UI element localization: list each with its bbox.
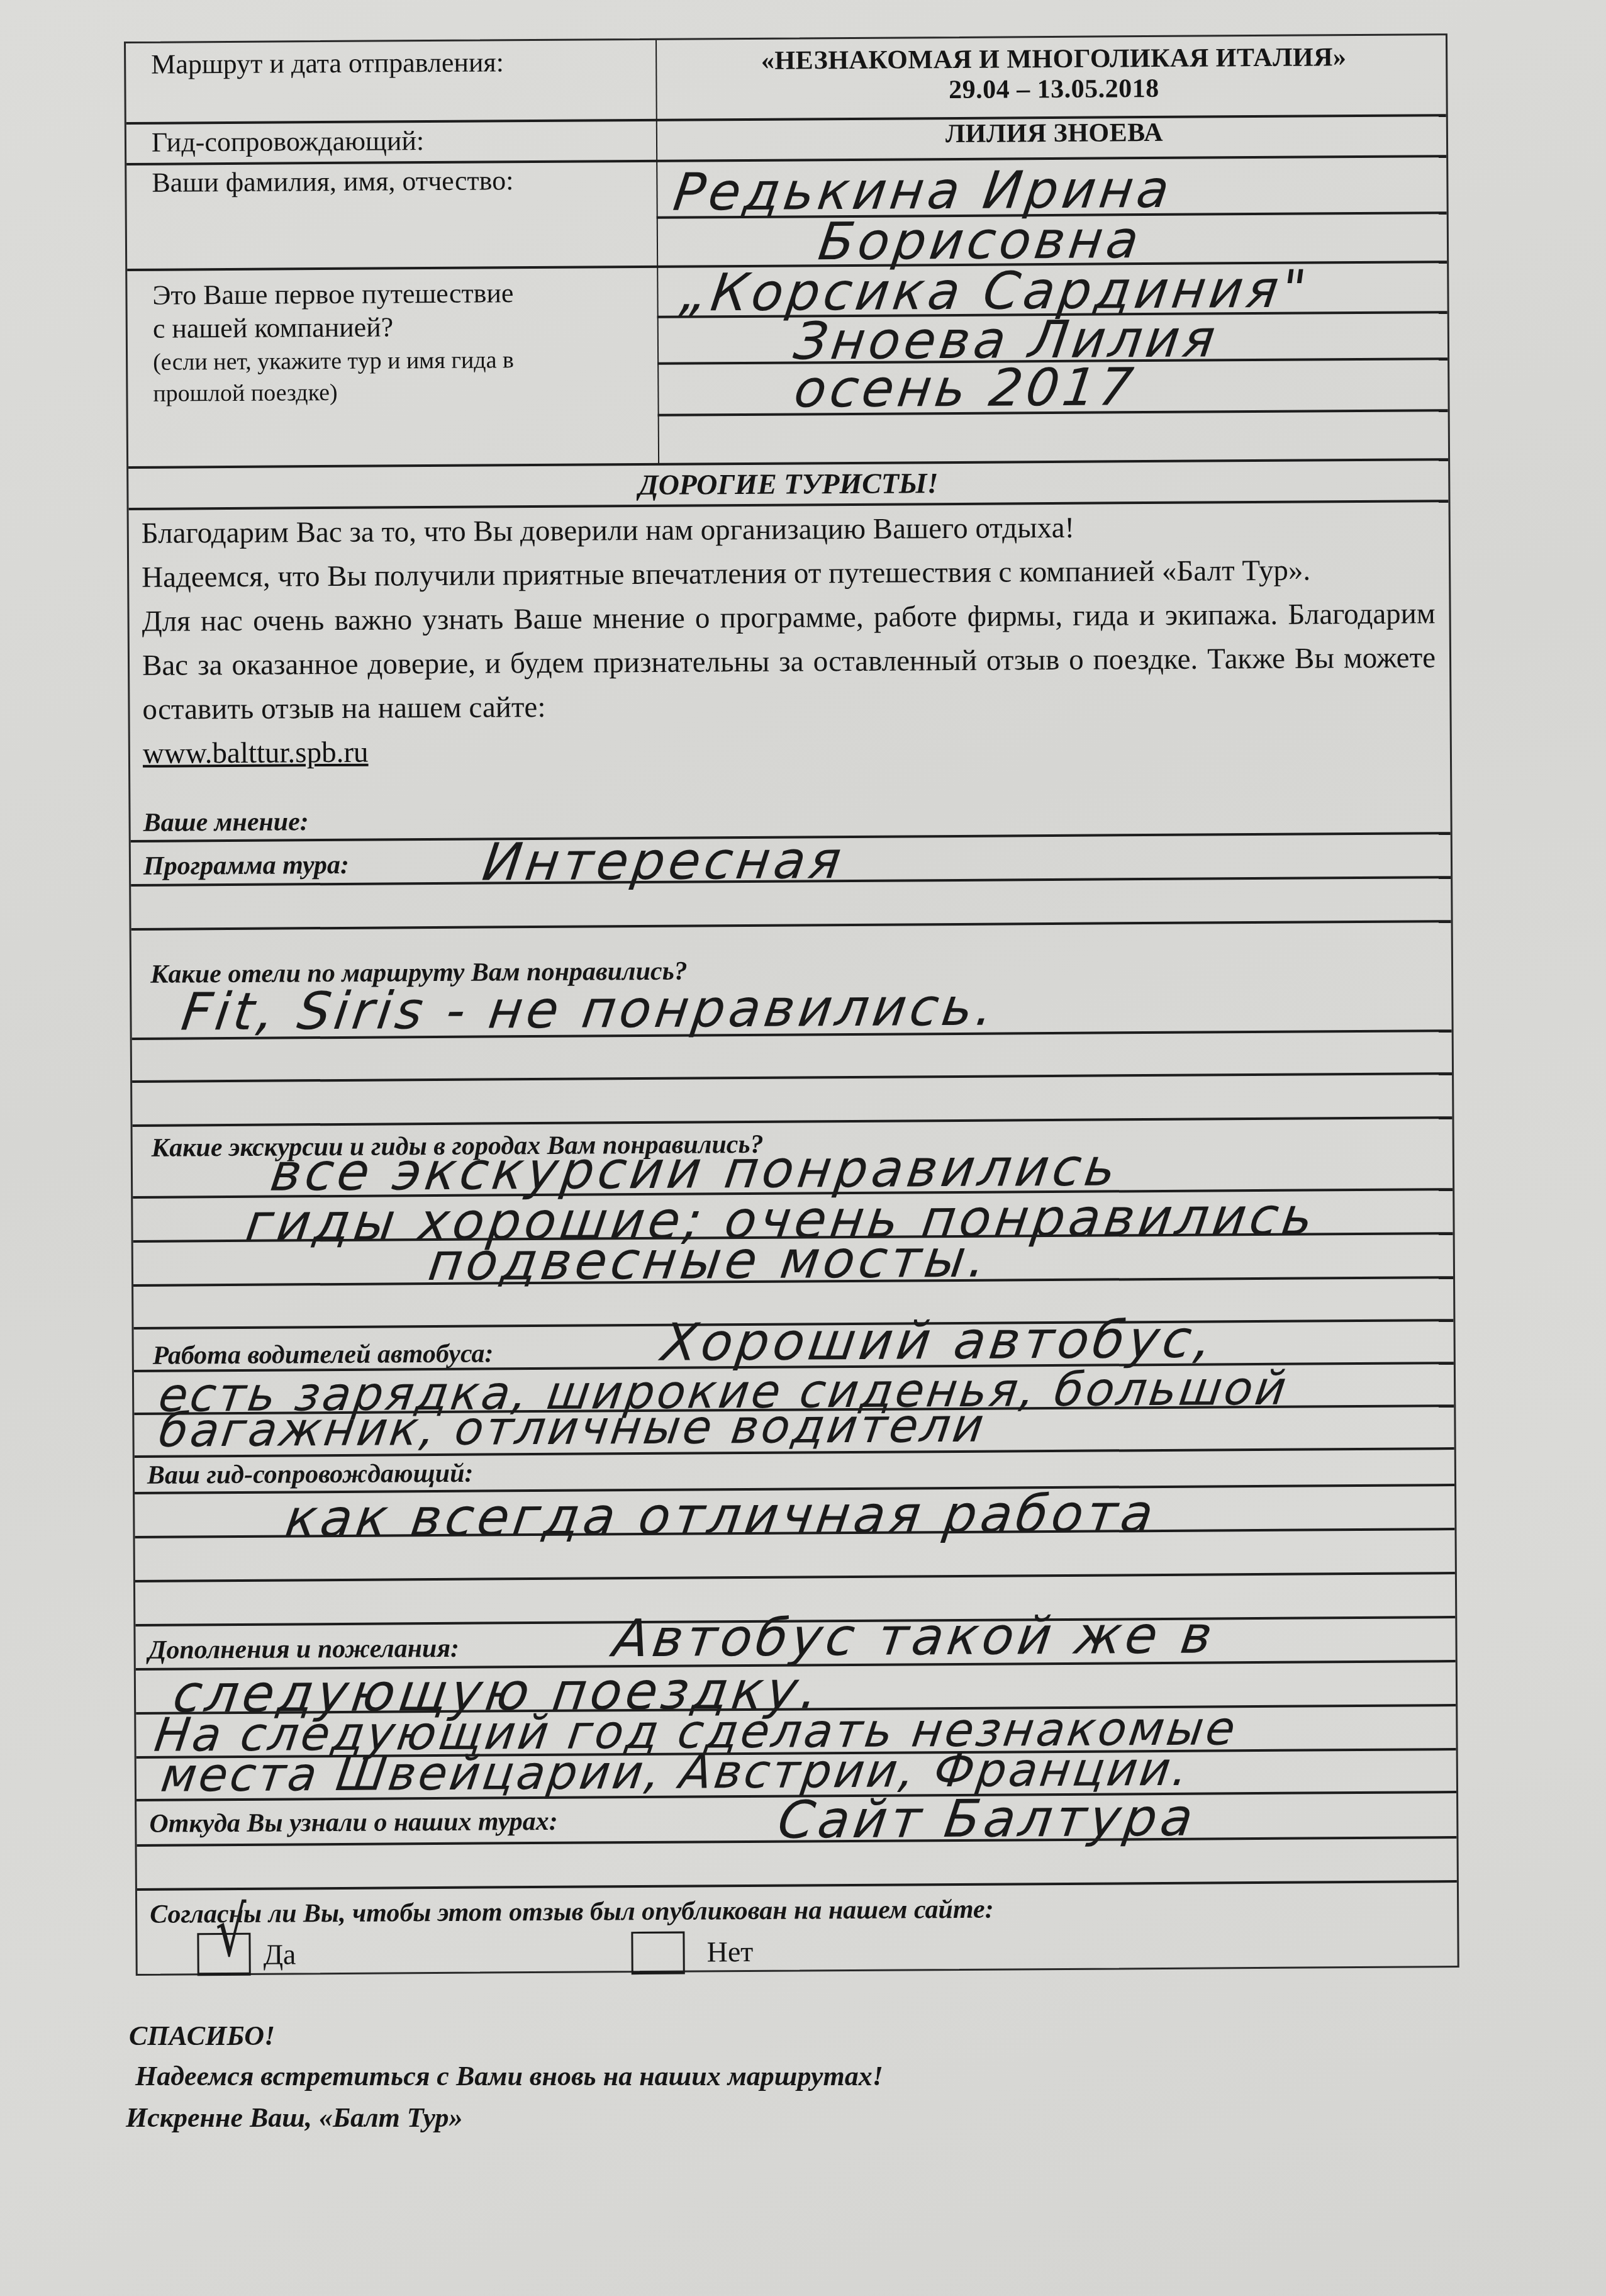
intro-paragraph-3: Для нас очень важно узнать Ваше мнение о… <box>142 591 1436 732</box>
tour-guide-label: Ваш гид-сопровождающий: <box>147 1459 474 1491</box>
hope-text: Надеемся встретиться с Вами вновь на наш… <box>135 2060 883 2092</box>
feedback-form-page: Маршрут и дата отправления: «НЕЗНАКОМАЯ … <box>0 0 1606 2296</box>
name-answer-line-2[interactable]: Борисовна <box>815 215 1145 268</box>
program-label: Программа тура: <box>143 850 349 882</box>
signoff-text: Искренне Ваш, «Балт Тур» <box>126 2102 463 2134</box>
website-link[interactable]: www.balttur.spb.ru <box>143 736 369 770</box>
answer-rule <box>135 1572 1455 1582</box>
wishes-label: Дополнения и пожелания: <box>148 1633 459 1666</box>
wishes-answer-line-1[interactable]: Автобус такой же в <box>610 1610 1218 1665</box>
consent-question: Согласны ли Вы, чтобы этот отзыв был опу… <box>150 1895 994 1930</box>
source-label: Откуда Вы узнали о наших турах: <box>149 1806 558 1839</box>
hotels-answer[interactable]: Fit, Siris - не понравились. <box>179 982 1000 1039</box>
feedback-form: Маршрут и дата отправления: «НЕЗНАКОМАЯ … <box>124 33 1459 1976</box>
consent-yes-checkbox[interactable]: √ <box>197 1933 250 1976</box>
thanks-text: СПАСИБО! <box>129 2020 275 2052</box>
answer-rule <box>137 1880 1457 1891</box>
route-dates: 29.04 – 13.05.2018 <box>658 72 1449 107</box>
route-label: Маршрут и дата отправления: <box>151 46 504 81</box>
drivers-answer-line-3[interactable]: багажник, отличные водители <box>157 1403 990 1454</box>
opinion-label: Ваше мнение: <box>143 807 308 838</box>
first-trip-label-2: с нашей компанией? <box>153 311 394 345</box>
answer-rule <box>133 1116 1453 1127</box>
first-trip-hint-1: (если нет, укажите тур и имя гида в <box>153 346 514 377</box>
intro-paragraph-2: Надеемся, что Вы получили приятные впеча… <box>142 547 1435 600</box>
answer-rule <box>132 1072 1452 1083</box>
intro-paragraph-1: Благодарим Вас за то, что Вы доверили на… <box>142 503 1435 556</box>
first-trip-hint-2: прошлой поездке) <box>153 379 338 408</box>
consent-yes-label: Да <box>263 1937 296 1971</box>
dear-tourists-title: ДОРОГИЕ ТУРИСТЫ! <box>128 463 1448 505</box>
answer-rule <box>131 920 1451 931</box>
drivers-answer-line-1[interactable]: Хороший автобус, <box>659 1314 1218 1369</box>
name-label: Ваши фамилия, имя, отчество: <box>152 164 513 199</box>
consent-no-checkbox[interactable] <box>631 1932 684 1975</box>
guide-label: Гид-сопровождающий: <box>152 125 425 159</box>
first-trip-answer-date[interactable]: осень 2017 <box>791 362 1139 415</box>
intro-text: Благодарим Вас за то, что Вы доверили на… <box>142 503 1437 776</box>
first-trip-label-1: Это Ваше первое путешествие <box>152 277 513 312</box>
route-value: «НЕЗНАКОМАЯ И МНОГОЛИКАЯ ИТАЛИЯ» <box>658 42 1449 77</box>
checkmark-icon: √ <box>216 1897 247 1966</box>
guide-value: ЛИЛИЯ ЗНОЕВА <box>659 116 1450 151</box>
consent-no-label: Нет <box>706 1935 753 1968</box>
